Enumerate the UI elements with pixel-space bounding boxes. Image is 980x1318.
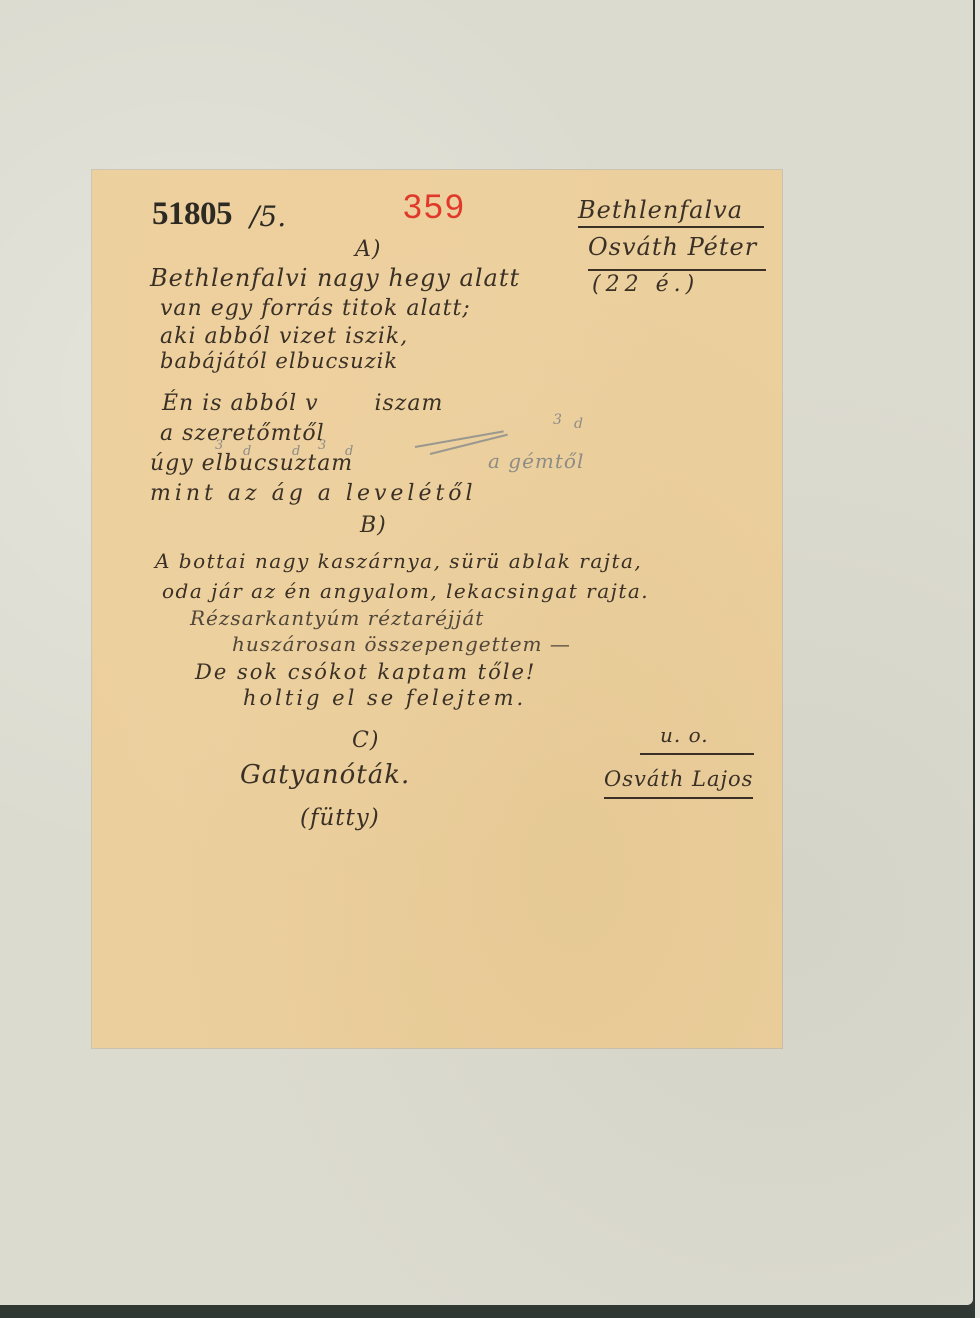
scanner-edge-strip (975, 0, 980, 1318)
pencil-number: d (243, 444, 252, 459)
section-a-line: babájától elbucsuzik (160, 349, 398, 373)
pencil-number: d (292, 444, 301, 459)
pencil-number: 3 (553, 412, 563, 428)
section-b-line: huszárosan összepengettem — (232, 632, 571, 656)
catalog-number: 51805 (152, 196, 232, 233)
section-a-heading: A) (355, 237, 381, 262)
informant-age: (22 é.) (592, 272, 699, 297)
pencil-number: d (345, 444, 354, 459)
section-b-line: oda jár az én angyalom, lekacsingat rajt… (162, 579, 649, 603)
informant-name: Osváth Péter (588, 233, 766, 271)
section-a-line: Én is abból v iszam (162, 391, 443, 416)
note-ditto: u. o. (640, 723, 754, 755)
section-b-line: De sok csókot kaptam tőle! (195, 660, 536, 684)
pencil-annotation: a gémtől (488, 449, 584, 473)
collector-name: Osváth Lajos (604, 767, 753, 799)
catalog-suffix: /5. (250, 200, 286, 233)
pencil-number: 3 (318, 438, 327, 453)
page-number-red: 359 (403, 188, 466, 227)
section-b-line: Rézsarkantyúm réztaréjját (190, 606, 484, 630)
section-b-line: A bottai nagy kaszárnya, sürü ablak rajt… (155, 549, 642, 573)
section-c-heading: C) (352, 728, 379, 753)
section-a-line: a szeretőmtől (160, 421, 325, 446)
section-b-heading: B) (360, 513, 387, 538)
section-a-line: Bethlenfalvi nagy hegy alatt (150, 264, 520, 292)
place-name: Bethlenfalva (578, 196, 764, 228)
section-c-title: Gatyanóták. (240, 760, 410, 790)
section-b-line: holtig el se felejtem. (243, 686, 526, 710)
pencil-number: 3 (215, 438, 224, 453)
pencil-number: d (574, 416, 584, 432)
section-c-subtitle: (fütty) (300, 805, 380, 831)
section-a-line: van egy forrás titok alatt; (160, 296, 471, 321)
section-a-line: aki abból vizet iszik, (160, 324, 408, 349)
section-a-line: mint az ág a levelétől (150, 481, 477, 506)
